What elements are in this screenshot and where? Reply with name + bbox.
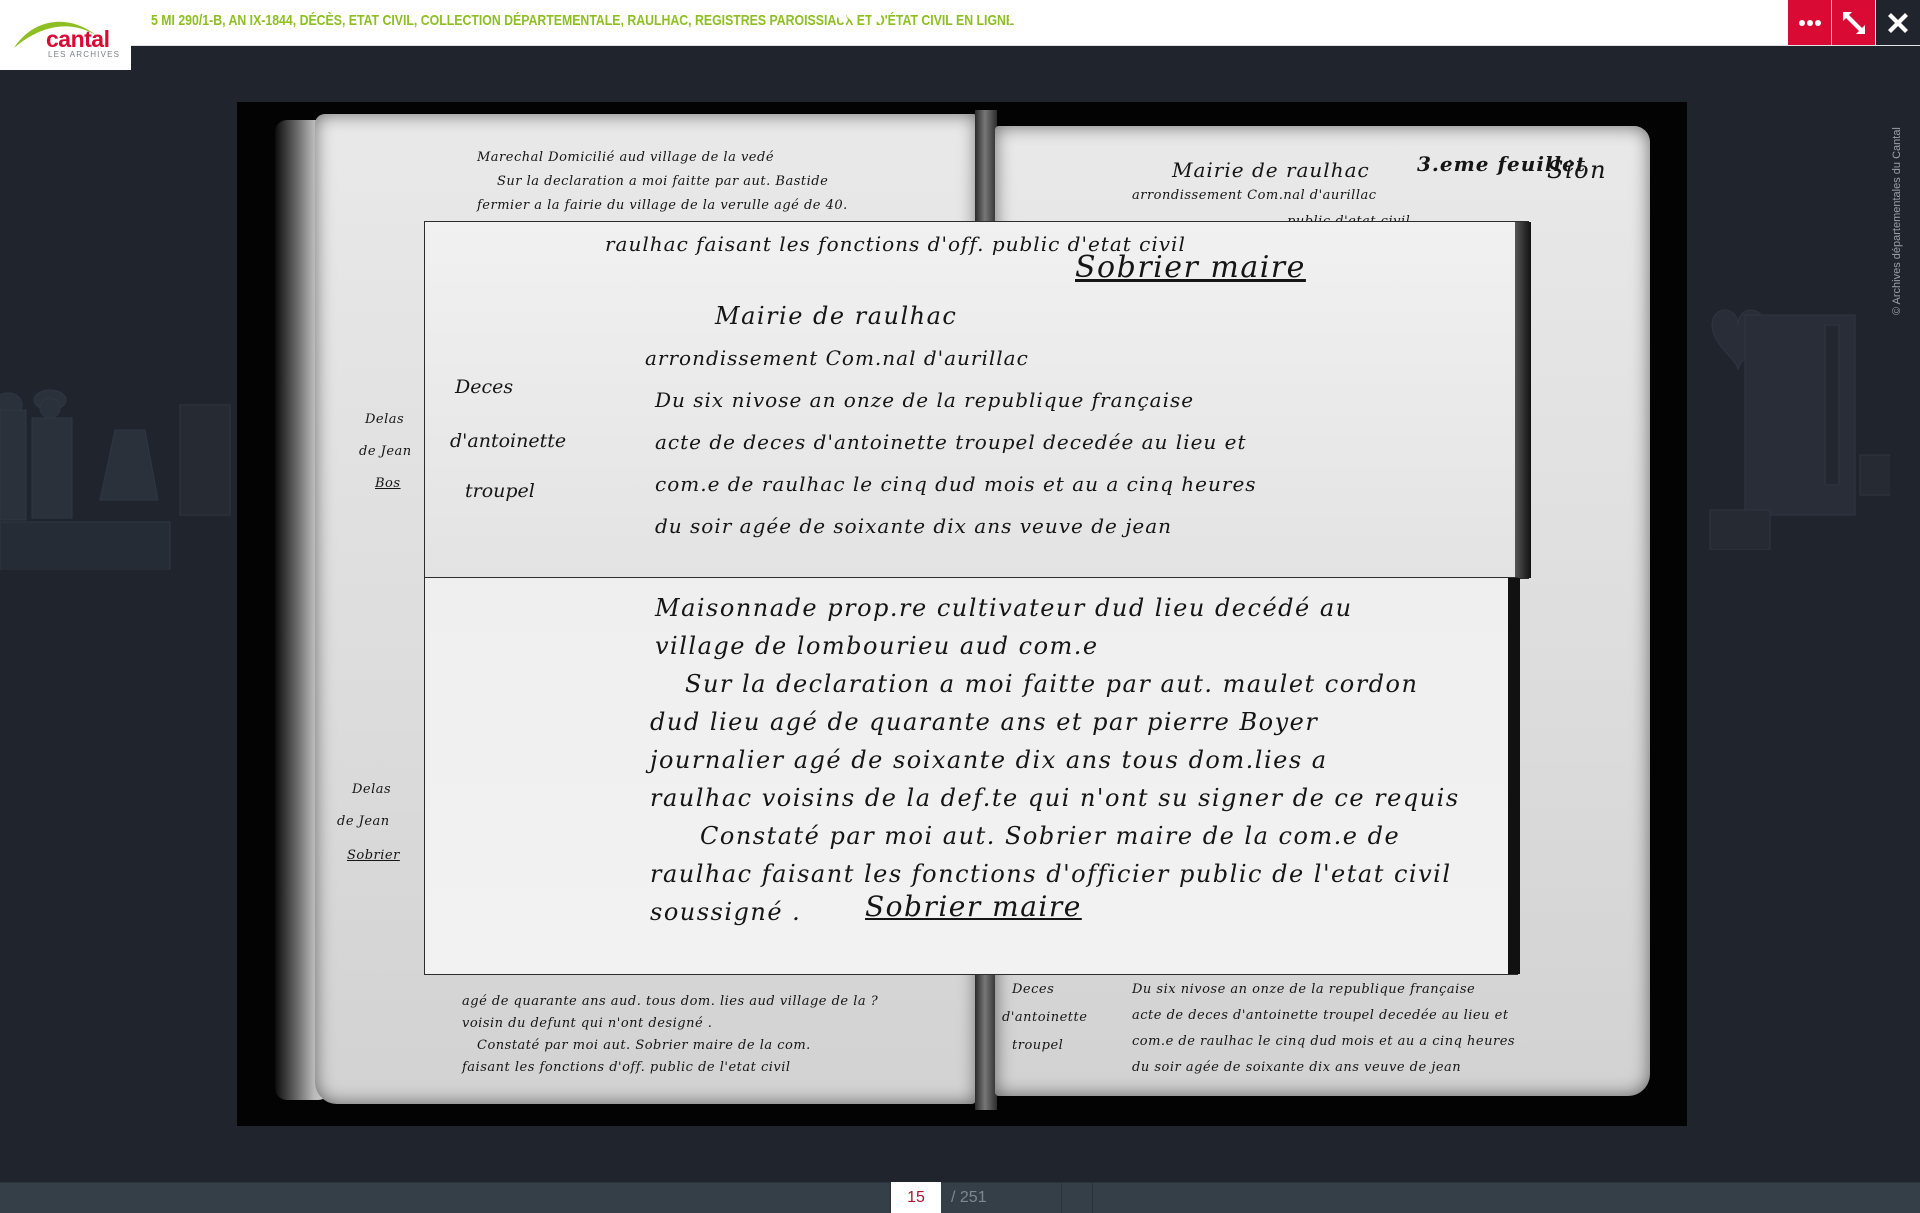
handwritten-line: arrondissement Com.nal d'aurillac: [645, 346, 1029, 370]
handwritten-line: soussigné .: [650, 898, 801, 926]
bookmark-icon: [1070, 6, 1084, 26]
last-page-button[interactable]: [1032, 0, 1060, 31]
handwritten-line: Sur la declaration a moi faitte par aut.…: [497, 174, 828, 189]
signature: Sobrier maire: [865, 890, 1082, 923]
handwritten-line: village de lombourieu aud com.e: [655, 632, 1099, 660]
record-overlay-bottom: Maisonnade prop.re cultivateur dud lieu …: [425, 578, 1517, 974]
document-viewer[interactable]: Marechal Domicilié aud village de la ved…: [237, 102, 1687, 1126]
handwritten-line: com.e de raulhac le cinq dud mois et au …: [1132, 1034, 1515, 1049]
margin-note: Delas: [352, 782, 391, 797]
handwritten-line: Constaté par moi aut. Sobrier maire de l…: [477, 1038, 811, 1053]
next-page-button[interactable]: [1004, 0, 1024, 31]
handwritten-line: Du six nivose an onze de la republique f…: [1132, 982, 1475, 997]
margin-note: d'antoinette: [1002, 1010, 1087, 1025]
background-decoration-left: [0, 330, 240, 570]
handwritten-line: Sur la declaration a moi faitte par aut.…: [685, 670, 1418, 698]
handwritten-line: Du six nivose an onze de la republique f…: [655, 388, 1194, 412]
handwritten-line: Constaté par moi aut. Sobrier maire de l…: [700, 822, 1400, 850]
triangle-right-icon: [1008, 7, 1020, 25]
margin-note: Sobrier: [347, 848, 400, 863]
logo-subtitle: LES ARCHIVES: [48, 50, 120, 59]
margin-note: de Jean: [337, 814, 390, 829]
margin-note: Delas: [365, 412, 404, 427]
handwritten-line: com.e de raulhac le cinq dud mois et au …: [655, 472, 1257, 496]
margin-note: troupel: [1012, 1038, 1063, 1053]
handwritten-line: faisant les fonctions d'off. public de l…: [462, 1060, 791, 1075]
margin-note: d'antoinette: [450, 430, 566, 452]
total-pages-label: / 251: [951, 1189, 987, 1207]
handwritten-line: agé de quarante ans aud. tous dom. lies …: [462, 994, 878, 1009]
previous-page-button[interactable]: [866, 0, 886, 31]
overlay-shadow: [1515, 222, 1531, 578]
handwritten-line: du soir agée de soixante dix ans veuve d…: [655, 514, 1172, 538]
double-chevron-left-icon: [834, 7, 858, 25]
handwritten-line: du soir agée de soixante dix ans veuve d…: [1132, 1060, 1461, 1075]
triangle-left-icon: [870, 7, 882, 25]
copyright-notice: © Archives départementales du Cantal: [1891, 127, 1903, 315]
close-button[interactable]: [1876, 0, 1920, 45]
handwritten-line: Marechal Domicilié aud village de la ved…: [477, 150, 774, 165]
margin-note: Deces: [1012, 982, 1054, 997]
double-chevron-right-icon: [1034, 7, 1058, 25]
handwritten-line: Mairie de raulhac: [715, 302, 957, 330]
ellipsis-icon: [1798, 19, 1822, 27]
more-options-button[interactable]: [1788, 0, 1832, 45]
handwritten-line: Mairie de raulhac: [1172, 158, 1370, 182]
cantal-archives-logo[interactable]: cantal LES ARCHIVES: [0, 0, 131, 70]
fullscreen-button[interactable]: [1832, 0, 1875, 45]
handwritten-line: raulhac voisins de la def.te qui n'ont s…: [650, 784, 1460, 812]
margin-note: troupel: [465, 480, 535, 502]
logo-brand-text: cantal: [46, 26, 109, 53]
divider: [1061, 1182, 1062, 1213]
overlay-shadow: [1508, 578, 1520, 974]
margin-note: de Jean: [359, 444, 412, 459]
handwritten-line: Maisonnade prop.re cultivateur dud lieu …: [655, 594, 1353, 622]
handwritten-line: journalier agé de soixante dix ans tous …: [650, 746, 1328, 774]
handwritten-line: acte de deces d'antoinette troupel deced…: [655, 430, 1247, 454]
record-overlay-top: raulhac faisant les fonctions d'off. pub…: [425, 222, 1528, 578]
handwritten-line: Sion: [1547, 156, 1607, 184]
bookmark-button[interactable]: [1064, 0, 1090, 31]
handwritten-line: raulhac faisant les fonctions d'officier…: [650, 860, 1452, 888]
handwritten-line: arrondissement Com.nal d'aurillac: [1132, 188, 1377, 203]
handwritten-line: dud lieu agé de quarante ans et par pier…: [650, 708, 1318, 736]
first-page-button[interactable]: [832, 0, 860, 31]
page-number-input[interactable]: [891, 1182, 941, 1213]
handwritten-line: fermier a la fairie du village de la ver…: [477, 198, 848, 213]
margin-note: Bos: [375, 476, 401, 491]
signature: Sobrier maire: [1075, 250, 1306, 285]
handwritten-line: voisin du defunt qui n'ont designé .: [462, 1016, 712, 1031]
handwritten-line: acte de deces d'antoinette troupel deced…: [1132, 1008, 1509, 1023]
expand-arrows-icon: [1841, 10, 1867, 36]
margin-note: Deces: [455, 376, 513, 398]
divider: [1092, 1182, 1093, 1213]
header-bar: 5 MI 290/1-B, AN IX-1844, DÉCÈS, ETAT CI…: [0, 0, 1920, 46]
background-decoration-right: [1690, 290, 1890, 550]
close-x-icon: [1887, 12, 1909, 34]
